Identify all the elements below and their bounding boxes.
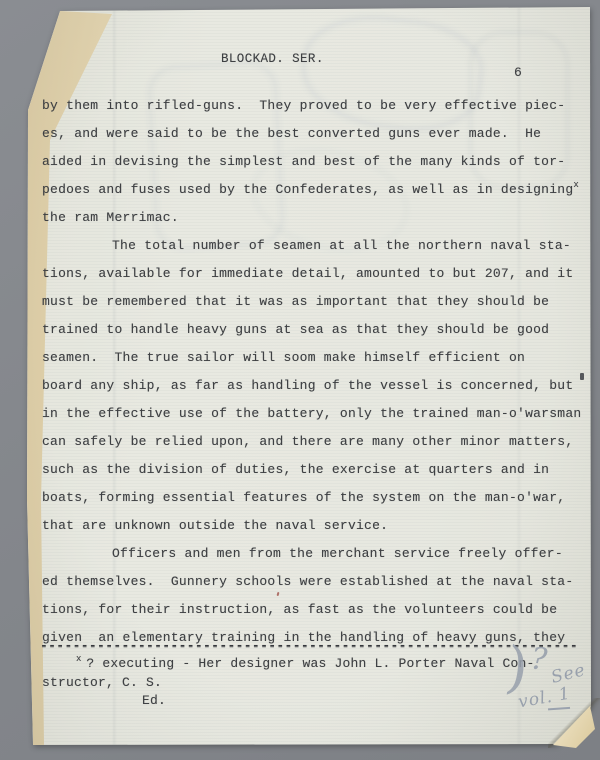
page-header: BLOCKAD. SER. bbox=[221, 52, 324, 66]
footnote-line: x? executing - Her designer was John L. … bbox=[42, 655, 577, 674]
typed-line: boats, forming essential features of the… bbox=[42, 484, 577, 512]
typed-line: that are unknown outside the naval servi… bbox=[42, 512, 577, 540]
typed-line: es, and were said to be the best convert… bbox=[42, 120, 577, 148]
ghost-letterhead bbox=[145, 59, 287, 253]
typed-line: trained to handle heavy guns at sea as t… bbox=[42, 316, 577, 344]
typed-line: by them into rifled-guns. They proved to… bbox=[42, 92, 577, 120]
footnote-marker-superscript: x bbox=[76, 654, 81, 664]
footnote-text: ? executing - Her designer was John L. P… bbox=[86, 656, 534, 671]
typed-line: pedoes and fuses used by the Confederate… bbox=[42, 176, 577, 204]
ghost-letterhead bbox=[241, 134, 418, 265]
typed-line-text: pedoes and fuses used by the Confederate… bbox=[42, 182, 573, 197]
typed-line: the ram Merrimac. bbox=[42, 204, 577, 232]
ghost-letterhead bbox=[468, 30, 570, 190]
footnote-marker-superscript: x bbox=[573, 180, 578, 190]
typed-line: tions, available for immediate detail, a… bbox=[42, 260, 577, 288]
typed-body: by them into rifled-guns. They proved to… bbox=[42, 92, 577, 652]
typed-line: ed themselves. Gunnery schools were esta… bbox=[42, 568, 577, 596]
typed-line-paragraph-start: Officers and men from the merchant servi… bbox=[42, 540, 577, 568]
footnote-editor-signature: Ed. bbox=[42, 692, 577, 711]
page-number: 6 bbox=[514, 65, 522, 80]
ink-speck bbox=[277, 592, 280, 596]
typed-line: seamen. The true sailor will soom make h… bbox=[42, 344, 577, 372]
typed-line: board any ship, as far as handling of th… bbox=[42, 372, 577, 400]
footnote: x? executing - Her designer was John L. … bbox=[42, 655, 577, 711]
page-edge-notch bbox=[580, 373, 584, 380]
typed-line: tions, for their instruction, as fast as… bbox=[42, 596, 577, 624]
typed-line: given an elementary training in the hand… bbox=[42, 624, 577, 652]
typed-line: such as the division of duties, the exer… bbox=[42, 456, 577, 484]
typed-line: must be remembered that it was as import… bbox=[42, 288, 577, 316]
ghost-letterhead bbox=[294, 5, 491, 141]
scanner-background: BLOCKAD. SER. 6 by them into rifled-guns… bbox=[0, 0, 600, 760]
typed-line: can safely be relied upon, and there are… bbox=[42, 428, 577, 456]
footnote-line: structor, C. S. bbox=[42, 674, 577, 693]
typed-line: in the effective use of the battery, onl… bbox=[42, 400, 577, 428]
footnote-separator: ----------------------------------------… bbox=[40, 638, 582, 654]
typed-line: aided in devising the simplest and best … bbox=[42, 148, 577, 176]
typed-line-paragraph-start: The total number of seamen at all the no… bbox=[42, 232, 577, 260]
handwritten-question-mark: ? bbox=[530, 641, 548, 677]
